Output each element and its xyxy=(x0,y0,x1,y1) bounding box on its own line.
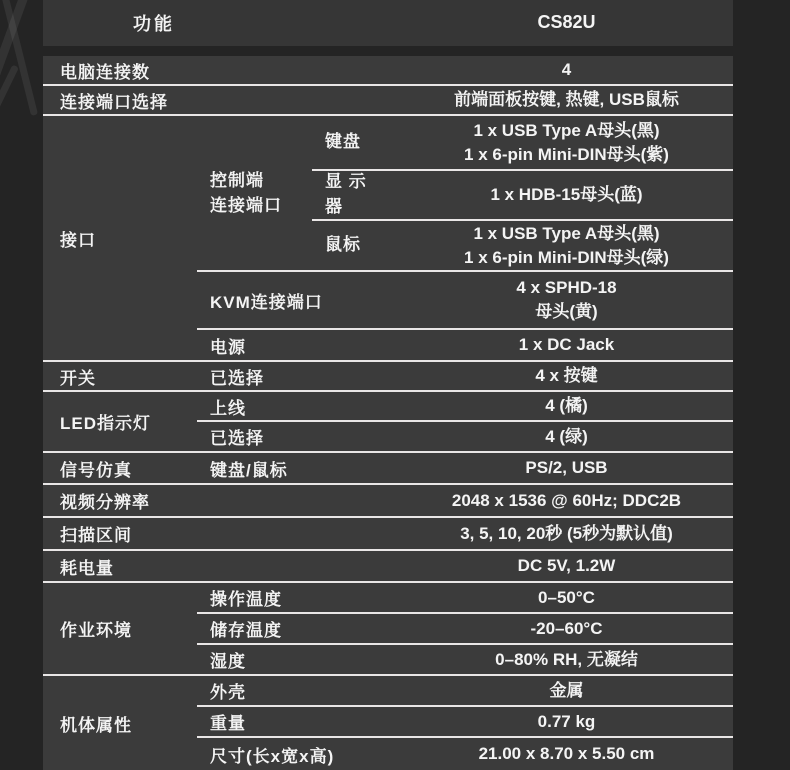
cell-label: 开关 xyxy=(43,364,197,389)
console-ports-label: 控制端 连接端口 xyxy=(210,168,282,219)
row-console-monitor: 显 示 器 1 x HDB-15母头(蓝) xyxy=(312,171,733,221)
row-port-selection: 连接端口选择 前端面板按键, 热键, USB鼠标 xyxy=(43,86,733,116)
cell-sublabel: 已选择 xyxy=(197,364,312,389)
row-dimensions: 尺寸(长x宽x高) 21.00 x 8.70 x 5.50 cm xyxy=(197,738,733,770)
row-video-resolution: 视频分辨率 2048 x 1536 @ 60Hz; DDC2B xyxy=(43,485,733,518)
row-scan-interval: 扫描区间 3, 5, 10, 20秒 (5秒为默认值) xyxy=(43,518,733,551)
cell-label: 机体属性 xyxy=(43,676,197,770)
row-humidity: 湿度 0–80% RH, 无凝结 xyxy=(197,645,733,674)
interface-rows: 控制端 连接端口 键盘 1 x USB Type A母头(黑) 1 x 6-pi… xyxy=(197,116,733,360)
cell-label: 电脑连接数 xyxy=(43,58,197,83)
cell-sublabel: 储存温度 xyxy=(197,616,312,641)
cell-value: 0–80% RH, 无凝结 xyxy=(400,648,733,672)
environment-rows: 操作温度 0–50°C 储存温度 -20–60°C 湿度 0–80% RH, 无… xyxy=(197,583,733,674)
cell-value: 1 x USB Type A母头(黑) 1 x 6-pin Mini-DIN母头… xyxy=(400,119,733,167)
row-housing: 外壳 金属 xyxy=(197,676,733,707)
cell-label: LED指示灯 xyxy=(43,392,197,451)
cell-value: PS/2, USB xyxy=(400,456,733,480)
section-environment: 作业环境 操作温度 0–50°C 储存温度 -20–60°C 湿度 xyxy=(43,583,733,676)
physical-rows: 外壳 金属 重量 0.77 kg 尺寸(长x宽x高) 21.00 x 8.70 … xyxy=(197,676,733,770)
cell-sublabel: 电源 xyxy=(197,333,312,358)
led-rows: 上线 4 (橘) 已选择 4 (绿) xyxy=(197,392,733,451)
header-row: 功能 CS82U xyxy=(43,0,733,46)
row-console-keyboard: 键盘 1 x USB Type A母头(黑) 1 x 6-pin Mini-DI… xyxy=(312,116,733,171)
cell-value: 21.00 x 8.70 x 5.50 cm xyxy=(400,742,733,766)
spec-table: 功能 CS82U 电脑连接数 4 连接端口选择 前端面板按键, 热键, USB鼠… xyxy=(43,0,733,770)
cell-value: 4 (绿) xyxy=(400,425,733,449)
cell-label: 键盘 xyxy=(312,130,400,155)
cell-sublabel: 上线 xyxy=(197,394,312,419)
cell-value: 0–50°C xyxy=(400,586,733,610)
row-computer-connections: 电脑连接数 4 xyxy=(43,56,733,86)
cell-value: 1 x DC Jack xyxy=(400,333,733,357)
cell-sublabel: 操作温度 xyxy=(197,585,312,610)
watermark-stroke xyxy=(0,65,19,176)
cell-label: 连接端口选择 xyxy=(43,88,197,113)
cell-label: 信号仿真 xyxy=(43,456,197,481)
cell-sublabel: KVM连接端口 xyxy=(197,288,312,313)
cell-label: 显 示 器 xyxy=(312,170,400,219)
cell-sublabel: 已选择 xyxy=(197,424,312,449)
row-emulation: 信号仿真 键盘/鼠标 PS/2, USB xyxy=(43,453,733,485)
section-interface: 接口 控制端 连接端口 键盘 xyxy=(43,116,733,362)
row-switches: 开关 已选择 4 x 按键 xyxy=(43,362,733,392)
header-feature-label: 功能 xyxy=(43,10,265,36)
cell-sublabel: 尺寸(长x宽x高) xyxy=(197,742,312,767)
row-power-jack: 电源 1 x DC Jack xyxy=(197,330,733,360)
cell-value: 4 x SPHD-18 母头(黄) xyxy=(400,276,733,324)
cell-value: 4 x 按键 xyxy=(400,364,733,388)
row-console-ports: 控制端 连接端口 键盘 1 x USB Type A母头(黑) 1 x 6-pi… xyxy=(197,116,733,272)
cell-value: 1 x HDB-15母头(蓝) xyxy=(400,183,733,207)
cell-sublabel: 外壳 xyxy=(197,678,312,703)
spec-sheet: 功能 CS82U 电脑连接数 4 连接端口选择 前端面板按键, 热键, USB鼠… xyxy=(0,0,790,770)
cell-value: 0.77 kg xyxy=(400,710,733,734)
cell-sublabel: 湿度 xyxy=(197,647,312,672)
row-led-selected: 已选择 4 (绿) xyxy=(197,422,733,451)
cell-value: DC 5V, 1.2W xyxy=(400,554,733,578)
cell-label: 接口 xyxy=(43,116,197,360)
row-led-online: 上线 4 (橘) xyxy=(197,392,733,422)
cell-value: -20–60°C xyxy=(400,617,733,641)
cell-value: 金属 xyxy=(400,679,733,703)
spec-table-body: 电脑连接数 4 连接端口选择 前端面板按键, 热键, USB鼠标 接口 xyxy=(43,56,733,770)
cell-value: 2048 x 1536 @ 60Hz; DDC2B xyxy=(400,489,733,513)
cell-label: 耗电量 xyxy=(43,554,197,579)
row-power-consumption: 耗电量 DC 5V, 1.2W xyxy=(43,551,733,583)
header-divider-gap xyxy=(43,46,733,56)
cell-sublabel: 键盘/鼠标 xyxy=(197,456,312,481)
cell-label: 作业环境 xyxy=(43,583,197,674)
cell-value: 4 (橘) xyxy=(400,394,733,418)
cell-label: 视频分辨率 xyxy=(43,488,197,513)
row-operating-temp: 操作温度 0–50°C xyxy=(197,583,733,614)
row-storage-temp: 储存温度 -20–60°C xyxy=(197,614,733,645)
row-weight: 重量 0.77 kg xyxy=(197,707,733,738)
cell-sublabel: 控制端 连接端口 xyxy=(197,116,312,270)
cell-value: 3, 5, 10, 20秒 (5秒为默认值) xyxy=(400,522,733,546)
console-subrows: 键盘 1 x USB Type A母头(黑) 1 x 6-pin Mini-DI… xyxy=(312,116,733,270)
cell-sublabel: 重量 xyxy=(197,709,312,734)
cell-label: 扫描区间 xyxy=(43,521,197,546)
row-console-mouse: 鼠标 1 x USB Type A母头(黑) 1 x 6-pin Mini-DI… xyxy=(312,221,733,270)
section-led-indicators: LED指示灯 上线 4 (橘) 已选择 4 (绿) xyxy=(43,392,733,453)
row-kvm-ports: KVM连接端口 4 x SPHD-18 母头(黄) xyxy=(197,272,733,330)
cell-value: 1 x USB Type A母头(黑) 1 x 6-pin Mini-DIN母头… xyxy=(400,222,733,270)
section-physical: 机体属性 外壳 金属 重量 0.77 kg 尺寸(长x宽x高) xyxy=(43,676,733,770)
cell-value: 前端面板按键, 热键, USB鼠标 xyxy=(400,88,733,112)
cell-label: 鼠标 xyxy=(312,233,400,258)
header-model-label: CS82U xyxy=(400,10,733,35)
cell-value: 4 xyxy=(400,58,733,82)
